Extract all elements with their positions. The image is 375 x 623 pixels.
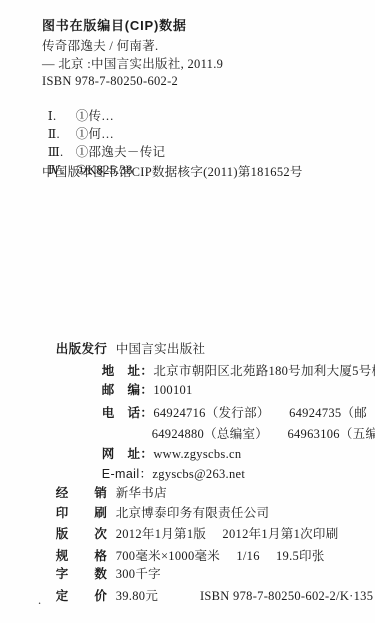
cip-isbn-line: ISBN 978-7-80250-602-2 xyxy=(42,74,178,89)
colophon-row-price: 定 价39.80元 ISBN 978-7-80250-602-2/K·135 xyxy=(42,574,373,619)
row-value: 39.80元 ISBN 978-7-80250-602-2/K·135 xyxy=(116,589,374,603)
cip-header: 图书在版编目(CIP)数据 xyxy=(42,18,187,33)
book-colophon-page: 图书在版编目(CIP)数据 传奇邵逸夫 / 何南著. — 北京 :中国言实出版社… xyxy=(0,0,375,623)
cip-title-line: 传奇邵逸夫 / 何南著. xyxy=(42,39,158,54)
row-label: 定 价 xyxy=(56,589,109,604)
cip-record-number-line: 中国版本图书馆CIP数据核字(2011)第181652号 xyxy=(42,165,303,180)
cip-publisher-line: — 北京 :中国言实出版社, 2011.9 xyxy=(42,57,223,72)
scan-artifact-dot: . xyxy=(38,593,41,608)
